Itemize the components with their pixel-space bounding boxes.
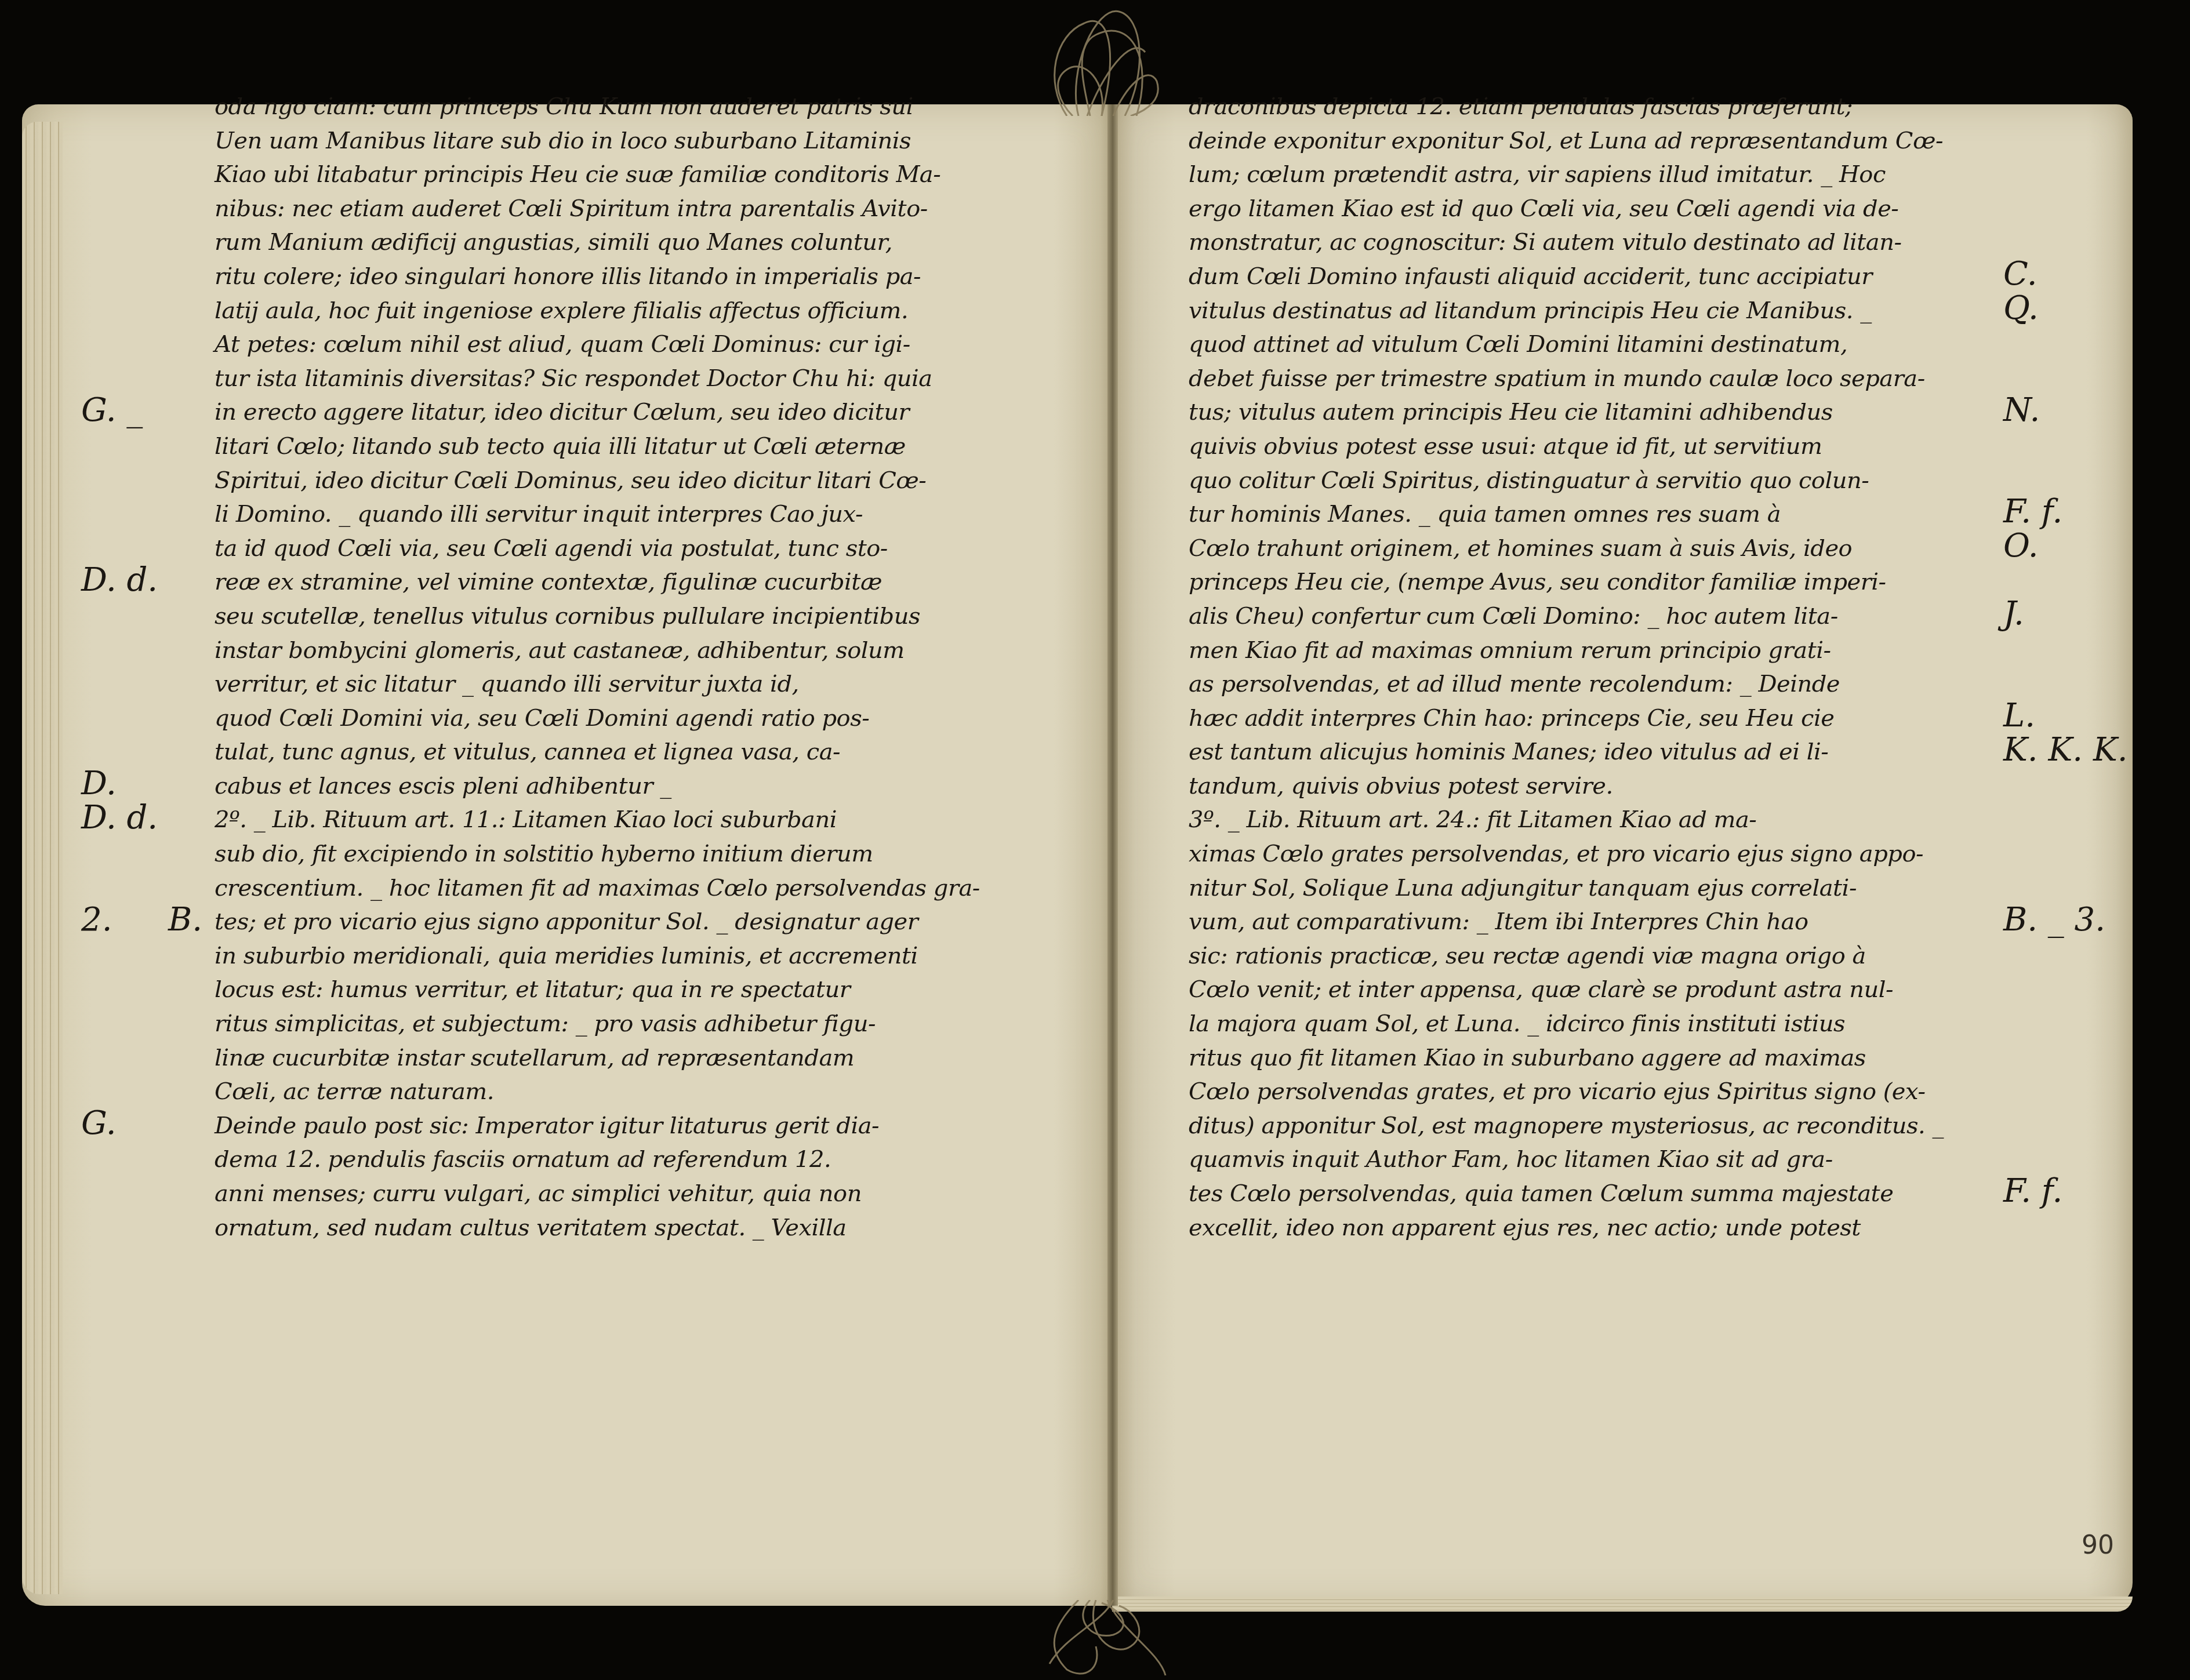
- margin-note: L.: [2003, 697, 2035, 734]
- manuscript-line: deinde exponitur exponitur Sol, et Luna …: [1189, 124, 2000, 158]
- margin-note: O.: [2003, 527, 2038, 565]
- manuscript-line: anni menses; curru vulgari, ac simplici …: [215, 1177, 1067, 1211]
- manuscript-line: dema 12. pendulis fasciis ornatum ad ref…: [215, 1143, 1067, 1177]
- manuscript-line: linæ cucurbitæ instar scutellarum, ad re…: [215, 1041, 1067, 1075]
- manuscript-line: sub dio, fit excipiendo in solstitio hyb…: [215, 837, 1067, 871]
- manuscript-line: tur ista litaminis diversitas? Sic respo…: [215, 362, 1067, 396]
- manuscript-line: tes Cœlo persolvendas, quia tamen Cœlum …: [1189, 1177, 2000, 1211]
- page-number: 90: [2082, 1530, 2114, 1560]
- manuscript-line: Cœlo trahunt originem, et homines suam à…: [1189, 532, 2000, 566]
- manuscript-line: debet fuisse per trimestre spatium in mu…: [1189, 362, 2000, 396]
- manuscript-line: At petes: cœlum nihil est aliud, quam Cœ…: [215, 328, 1067, 362]
- manuscript-line: 2º. _ Lib. Rituum art. 11.: Litamen Kiao…: [215, 803, 1067, 837]
- manuscript-line: est tantum alicujus hominis Manes; ideo …: [1189, 735, 2000, 769]
- manuscript-line: ximas Cœlo grates persolvendas, et pro v…: [1189, 837, 2000, 871]
- manuscript-line: ornatum, sed nudam cultus veritatem spec…: [215, 1211, 1067, 1245]
- manuscript-line: instar bombycini glomeris, aut castaneæ,…: [215, 634, 1067, 668]
- manuscript-line: Cœlo venit; et inter appensa, quæ clarè …: [1189, 973, 2000, 1007]
- manuscript-line: quivis obvius potest esse usui: atque id…: [1189, 430, 2000, 464]
- margin-note: N.: [2003, 391, 2040, 429]
- manuscript-line: ta id quod Cœli via, seu Cœli agendi via…: [215, 532, 1067, 566]
- margin-note: Q.: [2003, 289, 2039, 327]
- manuscript-line: Cœli, ac terræ naturam.: [215, 1075, 1067, 1109]
- manuscript-line: Uen uam Manibus litare sub dio in loco s…: [215, 124, 1067, 158]
- manuscript-line: quod attinet ad vitulum Cœli Domini lita…: [1189, 328, 2000, 362]
- margin-note: G. _: [81, 391, 143, 429]
- manuscript-line: verritur, et sic litatur _ quando illi s…: [215, 667, 1067, 701]
- manuscript-line: ritu colere; ideo singulari honore illis…: [215, 260, 1067, 294]
- manuscript-line: quamvis inquit Author Fam, hoc litamen K…: [1189, 1143, 2000, 1177]
- manuscript-line: cabus et lances escis pleni adhibentur _: [215, 769, 1067, 803]
- manuscript-line: quo colitur Cœli Spiritus, distinguatur …: [1189, 464, 2000, 498]
- right-page-bottom-edges: [1112, 1597, 2133, 1612]
- manuscript-line: ritus simplicitas, et subjectum: _ pro v…: [215, 1007, 1067, 1041]
- manuscript-line: monstratur, ac cognoscitur: Si autem vit…: [1189, 226, 2000, 260]
- book-gutter: [1107, 104, 1118, 1606]
- manuscript-line: reæ ex stramine, vel vimine contextæ, fi…: [215, 565, 1067, 599]
- margin-note: C.: [2003, 255, 2038, 293]
- manuscript-line: rum Manium ædificij angustias, simili qu…: [215, 226, 1067, 260]
- margin-note: B.: [168, 901, 202, 939]
- manuscript-line: Cœlo persolvendas grates, et pro vicario…: [1189, 1075, 2000, 1109]
- manuscript-line: la majora quam Sol, et Luna. _ idcirco f…: [1189, 1007, 2000, 1041]
- margin-note: D.: [81, 765, 117, 802]
- manuscript-line: oda ngo ciam: cum princeps Chu Kum non a…: [215, 90, 1067, 124]
- manuscript-line: locus est: humus verritur, et litatur; q…: [215, 973, 1067, 1007]
- manuscript-line: latij aula, hoc fuit ingeniose explere f…: [215, 294, 1067, 328]
- margin-note: B. _ 3.: [2003, 901, 2105, 939]
- binding-thread-bottom-icon: [1032, 1600, 1177, 1680]
- margin-note: J.: [2003, 595, 2024, 632]
- left-page-text: oda ngo ciam: cum princeps Chu Kum non a…: [215, 90, 1067, 1245]
- manuscript-line: Spiritui, ideo dicitur Cœli Dominus, seu…: [215, 464, 1067, 498]
- manuscript-line: draconibus depicta 12. etiam pendulas fa…: [1189, 90, 2000, 124]
- margin-note: K. K. K.: [2003, 731, 2128, 769]
- manuscript-line: nitur Sol, Solique Luna adjungitur tanqu…: [1189, 871, 2000, 906]
- manuscript-line: ergo litamen Kiao est id quo Cœli via, s…: [1189, 192, 2000, 226]
- margin-note: F. f.: [2003, 1172, 2062, 1210]
- left-page-edges: [22, 122, 63, 1594]
- margin-note: D. d.: [81, 799, 158, 837]
- manuscript-line: lum; cœlum prætendit astra, vir sapiens …: [1189, 158, 2000, 192]
- manuscript-line: vitulus destinatus ad litandum principis…: [1189, 294, 2000, 328]
- manuscript-line: crescentium. _ hoc litamen fit ad maxima…: [215, 871, 1067, 906]
- manuscript-line: tandum, quivis obvius potest servire.: [1189, 769, 2000, 803]
- margin-note: 2.: [81, 901, 112, 939]
- manuscript-line: sic: rationis practicæ, seu rectæ agendi…: [1189, 939, 2000, 973]
- manuscript-line: ditus) apponitur Sol, est magnopere myst…: [1189, 1109, 2000, 1143]
- manuscript-line: in erecto aggere litatur, ideo dicitur C…: [215, 395, 1067, 430]
- manuscript-line: princeps Heu cie, (nempe Avus, seu condi…: [1189, 565, 2000, 599]
- manuscript-line: litari Cœlo; litando sub tecto quia illi…: [215, 430, 1067, 464]
- manuscript-line: Kiao ubi litabatur principis Heu cie suæ…: [215, 158, 1067, 192]
- manuscript-line: quod Cœli Domini via, seu Cœli Domini ag…: [215, 701, 1067, 736]
- manuscript-line: li Domino. _ quando illi servitur inquit…: [215, 497, 1067, 532]
- manuscript-line: in suburbio meridionali, quia meridies l…: [215, 939, 1067, 973]
- manuscript-line: men Kiao fit ad maximas omnium rerum pri…: [1189, 634, 2000, 668]
- manuscript-line: alis Cheu) confertur cum Cœli Domino: _ …: [1189, 599, 2000, 634]
- margin-note: G.: [81, 1104, 117, 1142]
- manuscript-line: tur hominis Manes. _ quia tamen omnes re…: [1189, 497, 2000, 532]
- manuscript-line: 3º. _ Lib. Rituum art. 24.: fit Litamen …: [1189, 803, 2000, 837]
- manuscript-line: tes; et pro vicario ejus signo apponitur…: [215, 905, 1067, 939]
- manuscript-line: dum Cœli Domino infausti aliquid accider…: [1189, 260, 2000, 294]
- manuscript-line: ritus quo fit litamen Kiao in suburbano …: [1189, 1041, 2000, 1075]
- margin-note: F. f.: [2003, 493, 2062, 530]
- margin-note: D. d.: [81, 561, 158, 599]
- manuscript-line: tus; vitulus autem principis Heu cie lit…: [1189, 395, 2000, 430]
- manuscript-line: tulat, tunc agnus, et vitulus, cannea et…: [215, 735, 1067, 769]
- right-page-text: draconibus depicta 12. etiam pendulas fa…: [1189, 90, 2000, 1245]
- manuscript-line: seu scutellæ, tenellus vitulus cornibus …: [215, 599, 1067, 634]
- manuscript-line: Deinde paulo post sic: Imperator igitur …: [215, 1109, 1067, 1143]
- manuscript-line: hæc addit interpres Chin hao: princeps C…: [1189, 701, 2000, 736]
- manuscript-line: excellit, ideo non apparent ejus res, ne…: [1189, 1211, 2000, 1245]
- manuscript-line: vum, aut comparativum: _ Item ibi Interp…: [1189, 905, 2000, 939]
- manuscript-line: nibus: nec etiam auderet Cœli Spiritum i…: [215, 192, 1067, 226]
- manuscript-line: as persolvendas, et ad illud mente recol…: [1189, 667, 2000, 701]
